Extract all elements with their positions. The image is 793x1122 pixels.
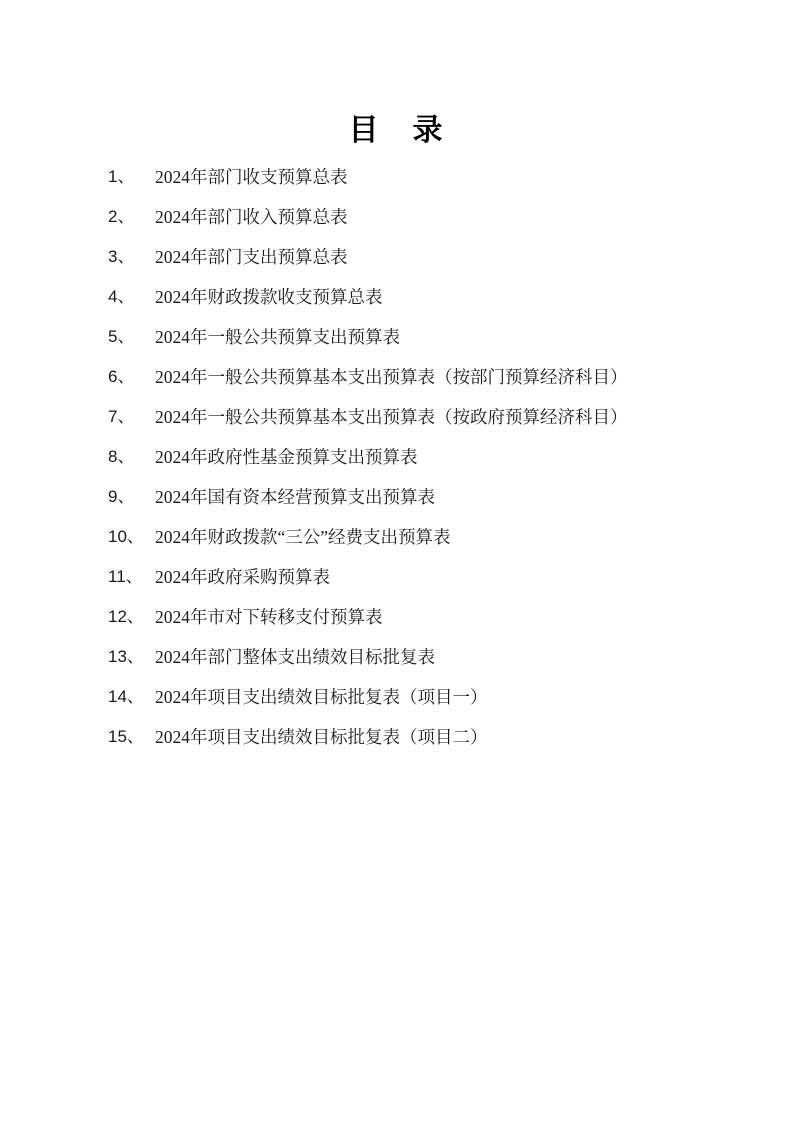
toc-item-label: 2024年部门收支预算总表 [155,166,348,188]
toc-item-label: 2024年财政拨款“三公”经费支出预算表 [155,526,451,548]
toc-item-number: 11、 [108,566,155,588]
document-page: 目 录 1、 2024年部门收支预算总表 2、 2024年部门收入预算总表 3、… [0,0,793,1122]
toc-item: 1、 2024年部门收支预算总表 [108,166,733,188]
toc-item-label: 2024年项目支出绩效目标批复表（项目一） [155,686,488,708]
toc-item-label: 2024年一般公共预算基本支出预算表（按部门预算经济科目） [155,366,628,388]
toc-item: 12、 2024年市对下转移支付预算表 [108,606,733,628]
page-title: 目 录 [0,0,793,149]
toc-item: 3、 2024年部门支出预算总表 [108,246,733,268]
toc-item-label: 2024年政府采购预算表 [155,566,330,588]
toc-item-number: 13、 [108,646,155,668]
toc-item: 8、 2024年政府性基金预算支出预算表 [108,446,733,468]
toc-item: 9、 2024年国有资本经营预算支出预算表 [108,486,733,508]
toc-item-number: 7、 [108,406,155,428]
toc-item-number: 9、 [108,486,155,508]
toc-item-number: 12、 [108,606,155,628]
toc-item-label: 2024年国有资本经营预算支出预算表 [155,486,435,508]
toc-item-label: 2024年政府性基金预算支出预算表 [155,446,418,468]
toc-list: 1、 2024年部门收支预算总表 2、 2024年部门收入预算总表 3、 202… [0,166,793,748]
toc-item-label: 2024年一般公共预算支出预算表 [155,326,400,348]
toc-item-number: 10、 [108,526,155,548]
toc-item-number: 1、 [108,166,155,188]
toc-item-number: 15、 [108,726,155,748]
toc-item: 11、 2024年政府采购预算表 [108,566,733,588]
toc-item: 5、 2024年一般公共预算支出预算表 [108,326,733,348]
toc-item: 15、 2024年项目支出绩效目标批复表（项目二） [108,726,733,748]
toc-item: 6、 2024年一般公共预算基本支出预算表（按部门预算经济科目） [108,366,733,388]
toc-item: 2、 2024年部门收入预算总表 [108,206,733,228]
toc-item-label: 2024年一般公共预算基本支出预算表（按政府预算经济科目） [155,406,628,428]
toc-item-number: 6、 [108,366,155,388]
toc-item-number: 5、 [108,326,155,348]
toc-item: 4、 2024年财政拨款收支预算总表 [108,286,733,308]
toc-item: 13、 2024年部门整体支出绩效目标批复表 [108,646,733,668]
toc-item-label: 2024年项目支出绩效目标批复表（项目二） [155,726,488,748]
toc-item: 7、 2024年一般公共预算基本支出预算表（按政府预算经济科目） [108,406,733,428]
toc-item-label: 2024年财政拨款收支预算总表 [155,286,383,308]
toc-item: 10、 2024年财政拨款“三公”经费支出预算表 [108,526,733,548]
toc-item-number: 8、 [108,446,155,468]
toc-item-label: 2024年部门收入预算总表 [155,206,348,228]
toc-item-number: 14、 [108,686,155,708]
toc-item-label: 2024年市对下转移支付预算表 [155,606,383,628]
toc-item-label: 2024年部门支出预算总表 [155,246,348,268]
toc-item-number: 2、 [108,206,155,228]
toc-item: 14、 2024年项目支出绩效目标批复表（项目一） [108,686,733,708]
toc-item-number: 3、 [108,246,155,268]
toc-item-label: 2024年部门整体支出绩效目标批复表 [155,646,435,668]
toc-item-number: 4、 [108,286,155,308]
